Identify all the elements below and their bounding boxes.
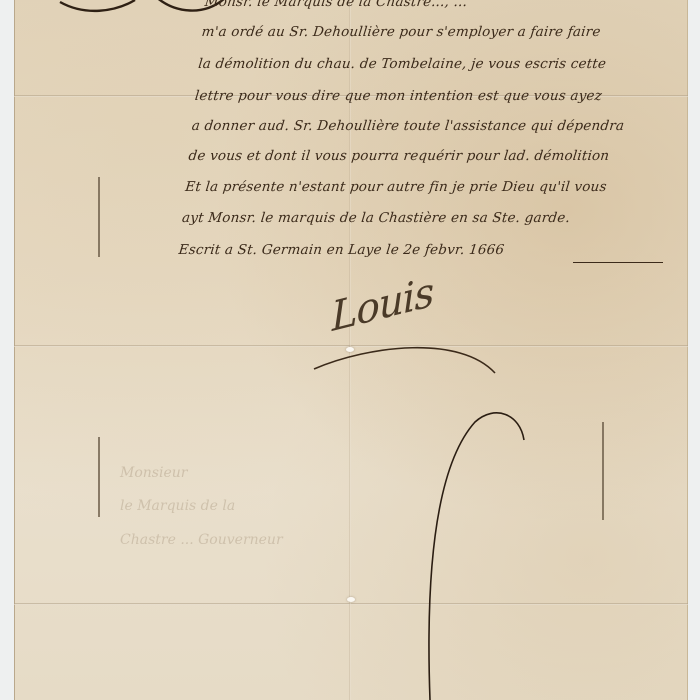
- letter-line-5: a donner aud. Sr. Dehoullière toute l'as…: [191, 116, 626, 136]
- seal-slit-left-lower: [98, 437, 100, 517]
- letter-line-8: ayt Monsr. le marquis de la Chastière en…: [181, 208, 571, 228]
- bleed-through-line: Chastre ... Gouverneur: [120, 532, 283, 548]
- bleed-through-line: le Marquis de la: [120, 498, 235, 514]
- letter-line-1: Monsr. le Marquis de la Chastre..., ...: [204, 0, 469, 12]
- letter-line-7: Et la présente n'estant pour autre fin j…: [184, 177, 607, 197]
- seal-slit-left-upper: [98, 177, 100, 257]
- pinhole-lower: [347, 597, 355, 602]
- letter-line-9-date: Escrit a St. Germain en Laye le 2e febvr…: [178, 240, 506, 260]
- bleed-through-line: Monsieur: [120, 465, 187, 481]
- seal-slit-right: [602, 422, 604, 520]
- date-underline: [573, 262, 663, 263]
- letter-line-4: lettre pour vous dire que mon intention …: [194, 86, 603, 106]
- signature-paraph: [310, 335, 510, 385]
- secretary-flourish: [420, 410, 530, 700]
- letter-line-6: de vous et dont il vous pourra requérir …: [188, 146, 611, 166]
- letter-line-3: la démolition du chau. de Tombelaine, je…: [197, 54, 607, 74]
- letter-line-2: m'a ordé au Sr. Dehoullière pour s'emplo…: [201, 22, 602, 42]
- fold-line-lower: [14, 603, 688, 605]
